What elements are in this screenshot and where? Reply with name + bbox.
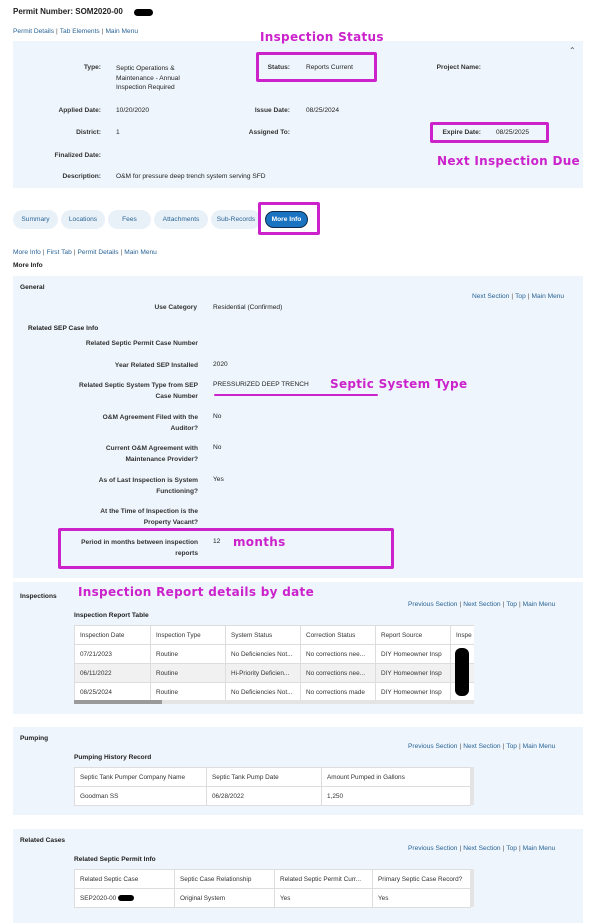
- link-top[interactable]: Top: [506, 845, 517, 852]
- link-previous-section[interactable]: Previous Section: [408, 743, 457, 750]
- link-next-section[interactable]: Next Section: [472, 293, 509, 300]
- tab-sub-records[interactable]: Sub-Records: [211, 210, 261, 229]
- assigned-to-label: Assigned To:: [230, 129, 290, 136]
- pumping-table-title: Pumping History Record: [74, 754, 151, 761]
- tab-attachments[interactable]: Attachments: [154, 210, 208, 229]
- column-header[interactable]: Inspe: [451, 626, 475, 645]
- annotation-inspection-status: Inspection Status: [260, 30, 384, 44]
- pumping-table: Septic Tank Pumper Company NameSeptic Ta…: [74, 767, 471, 806]
- horizontal-scrollbar-thumb[interactable]: [74, 700, 162, 704]
- table-cell: No corrections nee...: [301, 645, 376, 664]
- table-cell: Routine: [151, 645, 226, 664]
- general-field-value: No: [213, 413, 221, 420]
- annotation-box-expire: [430, 122, 549, 143]
- pumping-section-links: Previous Section|Next Section|Top|Main M…: [408, 743, 555, 750]
- use-category-label: Use Category: [80, 304, 197, 311]
- link-top[interactable]: Top: [506, 601, 517, 608]
- table-row[interactable]: 08/25/2024RoutineNo Deficiencies Not...N…: [75, 683, 475, 702]
- redacted-column: [455, 648, 469, 696]
- table-cell: DIY Homeowner Insp: [376, 645, 451, 664]
- vertical-scrollbar[interactable]: [470, 869, 474, 907]
- general-field-value: Yes: [213, 476, 224, 483]
- issue-date-label: Issue Date:: [230, 107, 290, 114]
- related-cases-table: Related Septic CaseSeptic Case Relations…: [74, 869, 471, 908]
- type-label: Type:: [40, 64, 101, 71]
- annotation-septic-system-type: Septic System Type: [330, 377, 467, 391]
- annotation-box-more-info: [258, 202, 320, 235]
- table-header-row: Inspection DateInspection TypeSystem Sta…: [75, 626, 475, 645]
- link-previous-section[interactable]: Previous Section: [408, 601, 457, 608]
- table-cell: DIY Homeowner Insp: [376, 683, 451, 702]
- related-cases-title: Related Cases: [20, 837, 65, 844]
- column-header[interactable]: Report Source: [376, 626, 451, 645]
- use-category-value: Residential (Confirmed): [213, 304, 282, 311]
- link-next-section[interactable]: Next Section: [463, 743, 500, 750]
- related-sep-title: Related SEP Case Info: [28, 325, 98, 332]
- tab-fees[interactable]: Fees: [108, 210, 151, 229]
- table-header-row: Related Septic CaseSeptic Case Relations…: [75, 870, 471, 889]
- link-tab-elements[interactable]: Tab Elements: [60, 28, 100, 35]
- general-field-label: O&M Agreement Filed with theAuditor?: [60, 413, 198, 434]
- general-field-label: As of Last Inspection is SystemFunctioni…: [60, 476, 198, 497]
- general-field-label: Related Septic System Type from SEPCase …: [60, 381, 198, 402]
- general-title: General: [20, 284, 45, 291]
- description-value: O&M for pressure deep trench system serv…: [116, 173, 266, 180]
- general-field-label: At the Time of Inspection is theProperty…: [60, 507, 198, 528]
- table-cell: No corrections made: [301, 683, 376, 702]
- table-cell: Hi-Priority Deficien...: [226, 664, 301, 683]
- table-cell: Original System: [175, 889, 275, 908]
- inspection-table: Inspection DateInspection TypeSystem Sta…: [74, 625, 474, 702]
- general-section-links: Next Section|Top|Main Menu: [472, 293, 564, 300]
- table-cell: No corrections nee...: [301, 664, 376, 683]
- link-main-menu[interactable]: Main Menu: [523, 743, 556, 750]
- inspections-section-links: Previous Section|Next Section|Top|Main M…: [408, 601, 555, 608]
- table-cell: 07/21/2023: [75, 645, 151, 664]
- column-header[interactable]: Related Septic Permit Curr...: [275, 870, 373, 889]
- chevron-up-icon[interactable]: ⌃: [569, 46, 576, 55]
- annotation-box-months: [58, 528, 394, 569]
- column-header[interactable]: Amount Pumped in Gallons: [322, 768, 471, 787]
- related-table-title: Related Septic Permit Info: [74, 856, 156, 863]
- link-permit-details-2[interactable]: Permit Details: [77, 249, 118, 256]
- column-header[interactable]: Correction Status: [301, 626, 376, 645]
- table-cell: 06/28/2022: [207, 787, 322, 806]
- table-row[interactable]: Goodman SS06/28/20221,250: [75, 787, 471, 806]
- annotation-underline: [214, 394, 378, 396]
- table-cell: 1,250: [322, 787, 471, 806]
- general-field-label: Year Related SEP Installed: [60, 361, 198, 372]
- general-field-value: No: [213, 444, 221, 451]
- link-top[interactable]: Top: [515, 293, 526, 300]
- column-header[interactable]: Inspection Type: [151, 626, 226, 645]
- issue-date-value: 08/25/2024: [306, 107, 339, 114]
- redacted-mark: [118, 895, 134, 901]
- table-cell: Yes: [373, 889, 471, 908]
- table-cell: 06/11/2022: [75, 664, 151, 683]
- link-next-section[interactable]: Next Section: [463, 845, 500, 852]
- general-field-label: Related Septic Permit Case Number: [60, 339, 198, 350]
- general-field-value: PRESSURIZED DEEP TRENCH: [213, 381, 309, 388]
- district-value: 1: [116, 129, 120, 136]
- link-more-info[interactable]: More Info: [13, 249, 41, 256]
- district-label: District:: [30, 129, 101, 136]
- pumping-title: Pumping: [20, 735, 48, 742]
- more-info-links: More Info|First Tab|Permit Details|Main …: [13, 249, 157, 256]
- link-next-section[interactable]: Next Section: [463, 601, 500, 608]
- table-row[interactable]: 07/21/2023RoutineNo Deficiencies Not...N…: [75, 645, 475, 664]
- project-name-label: Project Name:: [410, 64, 481, 71]
- table-cell: 08/25/2024: [75, 683, 151, 702]
- redacted-mark: [134, 9, 153, 16]
- permit-number: Permit Number: SOM2020-00: [13, 7, 123, 16]
- table-cell: No Deficiencies Not...: [226, 683, 301, 702]
- annotation-box-status: [256, 52, 377, 82]
- table-cell: Routine: [151, 683, 226, 702]
- table-cell: Goodman SS: [75, 787, 207, 806]
- related-cases-section-links: Previous Section|Next Section|Top|Main M…: [408, 845, 555, 852]
- finalized-date-label: Finalized Date:: [20, 152, 101, 159]
- general-field-value: 2020: [213, 361, 228, 368]
- link-main-menu[interactable]: Main Menu: [523, 845, 556, 852]
- vertical-scrollbar[interactable]: [470, 767, 474, 805]
- annotation-months: months: [233, 535, 286, 549]
- annotation-next-inspection-due: Next Inspection Due: [437, 154, 580, 168]
- link-main-menu-2[interactable]: Main Menu: [124, 249, 157, 256]
- table-row[interactable]: 06/11/2022RoutineHi-Priority Deficien...…: [75, 664, 475, 683]
- related-table-wrap: Related Septic CaseSeptic Case Relations…: [74, 869, 471, 908]
- tab-locations[interactable]: Locations: [61, 210, 105, 229]
- top-links: Permit Details|Tab Elements|Main Menu: [13, 28, 138, 35]
- table-cell: Routine: [151, 664, 226, 683]
- inspection-table-wrap: Inspection DateInspection TypeSystem Sta…: [74, 625, 474, 702]
- type-value: Septic Operations & Maintenance - Annual…: [116, 64, 180, 93]
- column-header[interactable]: Septic Tank Pump Date: [207, 768, 322, 787]
- column-header[interactable]: Primary Septic Case Record?: [373, 870, 471, 889]
- applied-date-label: Applied Date:: [30, 107, 101, 114]
- link-top[interactable]: Top: [506, 743, 517, 750]
- column-header[interactable]: Related Septic Case: [75, 870, 175, 889]
- tab-summary[interactable]: Summary: [13, 210, 58, 229]
- link-main-menu[interactable]: Main Menu: [105, 28, 138, 35]
- table-cell: DIY Homeowner Insp: [376, 664, 451, 683]
- annotation-inspection-report-details: Inspection Report details by date: [78, 585, 314, 599]
- column-header[interactable]: Septic Case Relationship: [175, 870, 275, 889]
- inspections-title: Inspections: [20, 593, 57, 600]
- link-main-menu[interactable]: Main Menu: [523, 601, 556, 608]
- description-label: Description:: [30, 173, 101, 180]
- column-header[interactable]: Septic Tank Pumper Company Name: [75, 768, 207, 787]
- link-permit-details[interactable]: Permit Details: [13, 28, 54, 35]
- general-field-label: Current O&M Agreement withMaintenance Pr…: [60, 444, 198, 465]
- table-cell: No Deficiencies Not...: [226, 645, 301, 664]
- more-info-title: More Info: [13, 262, 43, 269]
- column-header[interactable]: System Status: [226, 626, 301, 645]
- inspection-table-title: Inspection Report Table: [74, 612, 149, 619]
- link-previous-section[interactable]: Previous Section: [408, 845, 457, 852]
- pumping-table-wrap: Septic Tank Pumper Company NameSeptic Ta…: [74, 767, 471, 806]
- column-header[interactable]: Inspection Date: [75, 626, 151, 645]
- table-header-row: Septic Tank Pumper Company NameSeptic Ta…: [75, 768, 471, 787]
- link-main-menu[interactable]: Main Menu: [531, 293, 564, 300]
- applied-date-value: 10/20/2020: [116, 107, 149, 114]
- table-cell: Yes: [275, 889, 373, 908]
- link-first-tab[interactable]: First Tab: [47, 249, 72, 256]
